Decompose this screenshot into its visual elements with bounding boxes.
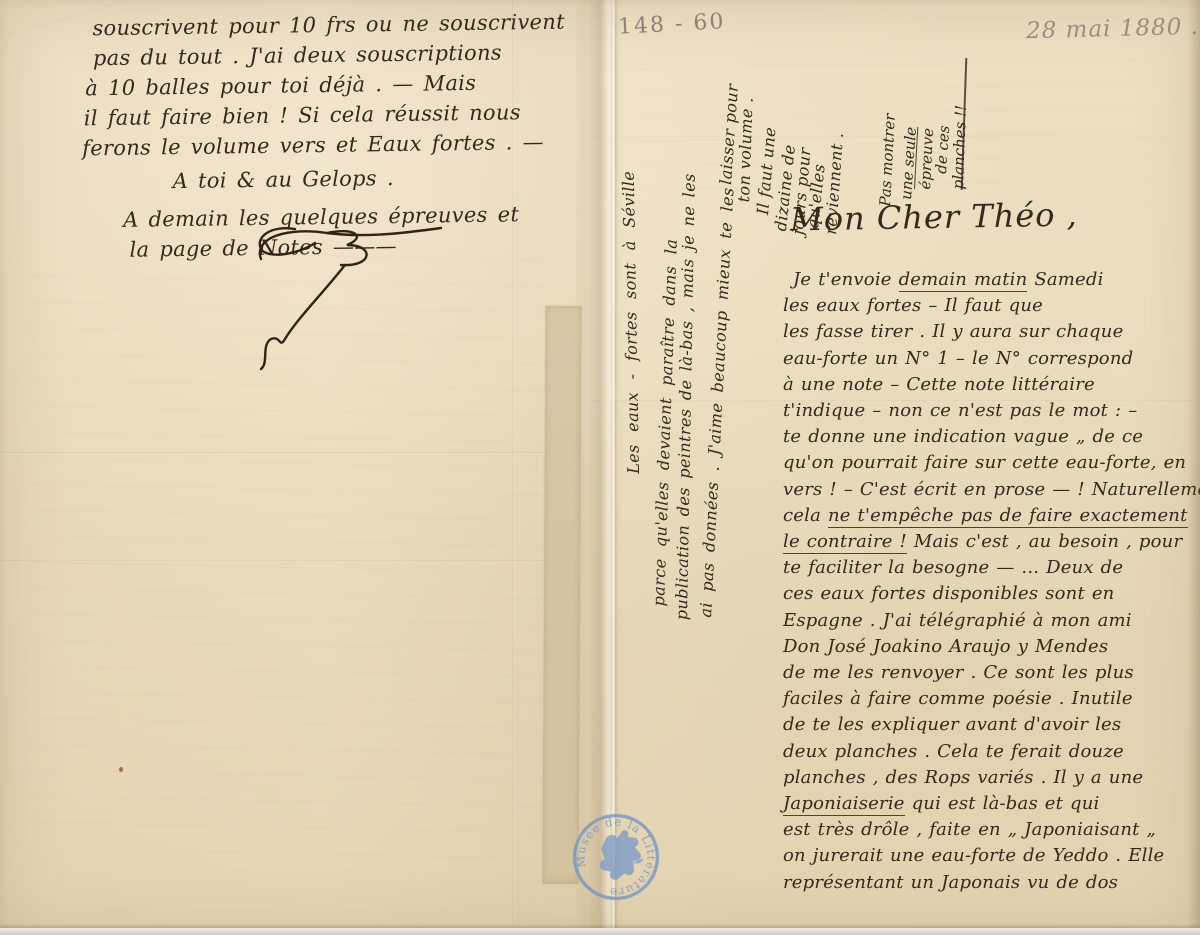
scanner-bed-strip (0, 928, 1200, 935)
margin-warning-vertical: Pas montrerune seuleépreuvede cesplanche… (0, 0, 1200, 935)
margin-warning-line: Pas montrer (876, 113, 899, 207)
margin-warning-line: planches !! (949, 105, 970, 190)
letter-scan: 148 - 60 28 mai 1880 . souscrivent pour … (0, 0, 1200, 935)
page-right-edge (1187, 0, 1200, 935)
